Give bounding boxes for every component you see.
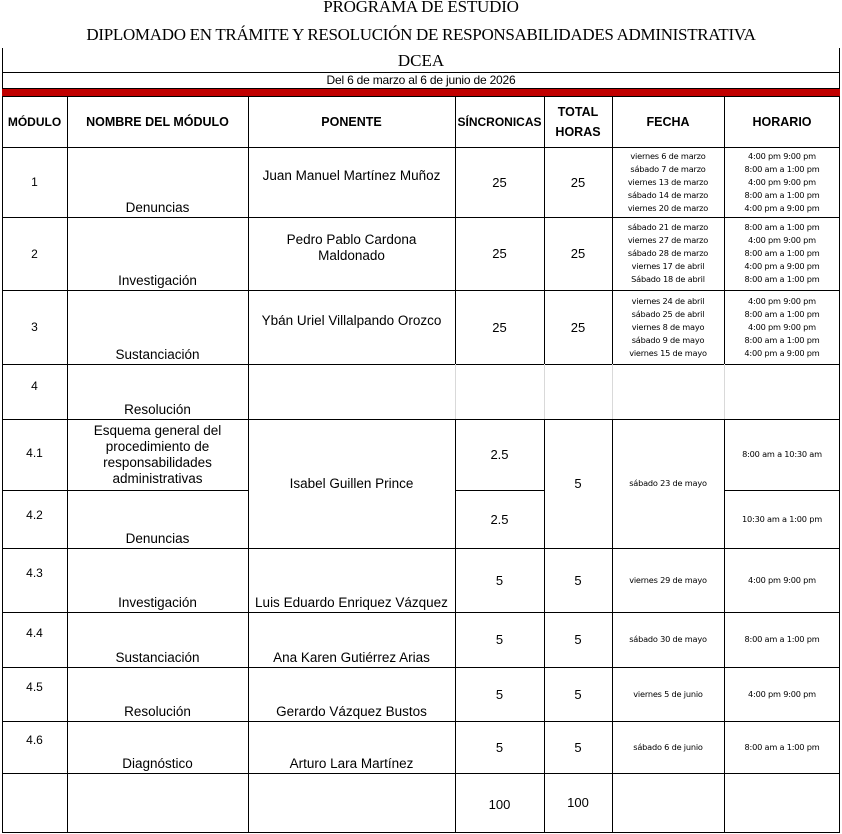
module-number: 4.3 bbox=[2, 548, 67, 612]
grid-line bbox=[612, 364, 613, 419]
session-dates: sábado 6 de junio bbox=[612, 721, 724, 773]
session-times: 8:00 am a 1:00 pm bbox=[724, 612, 840, 667]
session-dates: viernes 5 de junio bbox=[612, 667, 724, 721]
synchronous-hours: 25 bbox=[455, 147, 544, 217]
module-name: Esquema general del procedimiento de res… bbox=[67, 419, 248, 490]
grid-line bbox=[248, 96, 249, 833]
speaker-name: Luis Eduardo Enriquez Vázquez bbox=[248, 548, 455, 612]
grid-line bbox=[724, 96, 725, 364]
grid-line bbox=[455, 490, 544, 491]
grid-line bbox=[724, 364, 725, 419]
module-number: 4.2 bbox=[2, 490, 67, 548]
total-hours: 5 bbox=[544, 721, 612, 773]
module-name: Denuncias bbox=[67, 147, 248, 217]
grid-line bbox=[544, 96, 545, 364]
header-total-horas: TOTALHORAS bbox=[544, 96, 612, 147]
speaker-name: Juan Manuel Martínez Muñoz bbox=[248, 147, 455, 217]
session-dates: sábado 23 de mayo bbox=[612, 419, 724, 548]
total-synchronous-hours: 100 bbox=[455, 773, 544, 832]
synchronous-hours: 5 bbox=[455, 721, 544, 773]
grid-line bbox=[2, 96, 840, 97]
module-number: 4.6 bbox=[2, 721, 67, 773]
module-number: 3 bbox=[2, 290, 67, 364]
header-sincronicas: SÍNCRONICAS bbox=[455, 96, 544, 147]
session-dates: viernes 29 de mayo bbox=[612, 548, 724, 612]
header-fecha: FECHA bbox=[612, 96, 724, 147]
session-times: 10:30 am a 1:00 pm bbox=[724, 490, 840, 548]
module-name: Resolución bbox=[67, 364, 248, 419]
total-hours: 25 bbox=[544, 290, 612, 364]
module-name: Investigación bbox=[67, 217, 248, 290]
speaker-name: Pedro Pablo Cardona Maldonado bbox=[248, 217, 455, 290]
module-number: 2 bbox=[2, 217, 67, 290]
module-number: 4.5 bbox=[2, 667, 67, 721]
grid-line bbox=[455, 364, 456, 419]
session-dates: viernes 24 de abrilsábado 25 de abrilvie… bbox=[612, 290, 724, 364]
grid-line bbox=[455, 96, 456, 364]
speaker-name: Isabel Guillen Prince bbox=[248, 419, 455, 548]
total-hours: 25 bbox=[544, 147, 612, 217]
grid-line bbox=[2, 419, 840, 420]
synchronous-hours: 25 bbox=[455, 290, 544, 364]
session-times: 4:00 pm 9:00 pm bbox=[724, 548, 840, 612]
header-horario: HORARIO bbox=[724, 96, 840, 147]
grid-line bbox=[2, 290, 840, 291]
module-name: Resolución bbox=[67, 667, 248, 721]
grid-line bbox=[455, 419, 456, 833]
session-times: 4:00 pm 9:00 pm8:00 am a 1:00 pm4:00 pm … bbox=[724, 147, 840, 217]
header-modulo: MÓDULO bbox=[2, 96, 67, 147]
synchronous-hours: 2.5 bbox=[455, 419, 544, 490]
module-number: 4.1 bbox=[2, 419, 67, 490]
total-hours: 5 bbox=[544, 612, 612, 667]
module-name: Investigación bbox=[67, 548, 248, 612]
session-dates: sábado 21 de marzoviernes 27 de marzosáb… bbox=[612, 217, 724, 290]
grid-line bbox=[67, 96, 68, 833]
grid-line bbox=[2, 147, 840, 148]
grid-line bbox=[2, 773, 840, 774]
grid-line bbox=[544, 364, 545, 419]
grid-line bbox=[612, 96, 613, 364]
grid-line bbox=[2, 548, 840, 549]
total-hours: 5 bbox=[544, 419, 612, 548]
grid-line bbox=[2, 217, 840, 218]
session-dates: viernes 6 de marzosábado 7 de marzoviern… bbox=[612, 147, 724, 217]
total-hours: 5 bbox=[544, 667, 612, 721]
grid-line bbox=[2, 490, 248, 491]
session-times: 8:00 am a 1:00 pm bbox=[724, 721, 840, 773]
speaker-name: Arturo Lara Martínez bbox=[248, 721, 455, 773]
grid-line bbox=[839, 96, 840, 833]
module-name: Sustanciación bbox=[67, 290, 248, 364]
grid-line bbox=[2, 721, 840, 722]
module-number: 1 bbox=[2, 147, 67, 217]
grid-line bbox=[2, 832, 840, 833]
grid-line bbox=[2, 364, 840, 365]
speaker-name: Ybán Uriel Villalpando Orozco bbox=[248, 290, 455, 364]
synchronous-hours: 5 bbox=[455, 548, 544, 612]
synchronous-hours: 25 bbox=[455, 217, 544, 290]
schedule-table: MÓDULONOMBRE DEL MÓDULOPONENTESÍNCRONICA… bbox=[0, 0, 842, 834]
grid-line bbox=[2, 667, 840, 668]
speaker-name: Ana Karen Gutiérrez Arias bbox=[248, 612, 455, 667]
total-hours-sum: 100 bbox=[544, 773, 612, 832]
session-times: 8:00 am a 1:00 pm4:00 pm 9:00 pm8:00 am … bbox=[724, 217, 840, 290]
grid-line bbox=[2, 96, 3, 833]
session-times: 4:00 pm 9:00 pm bbox=[724, 667, 840, 721]
total-hours: 5 bbox=[544, 548, 612, 612]
session-times: 8:00 am a 10:30 am bbox=[724, 419, 840, 490]
module-name: Diagnóstico bbox=[67, 721, 248, 773]
synchronous-hours: 5 bbox=[455, 612, 544, 667]
header-ponente: PONENTE bbox=[248, 96, 455, 147]
synchronous-hours: 5 bbox=[455, 667, 544, 721]
grid-line bbox=[612, 419, 613, 833]
module-number: 4.4 bbox=[2, 612, 67, 667]
grid-line bbox=[724, 490, 840, 491]
session-dates: sábado 30 de mayo bbox=[612, 612, 724, 667]
grid-line bbox=[724, 419, 725, 833]
header-nombre: NOMBRE DEL MÓDULO bbox=[67, 96, 248, 147]
module-name: Sustanciación bbox=[67, 612, 248, 667]
session-times: 4:00 pm 9:00 pm8:00 am a 1:00 pm4:00 pm … bbox=[724, 290, 840, 364]
module-number: 4 bbox=[2, 364, 67, 419]
speaker-name: Gerardo Vázquez Bustos bbox=[248, 667, 455, 721]
grid-line bbox=[544, 419, 545, 833]
grid-line bbox=[2, 612, 840, 613]
total-hours: 25 bbox=[544, 217, 612, 290]
synchronous-hours: 2.5 bbox=[455, 490, 544, 548]
module-name: Denuncias bbox=[67, 490, 248, 548]
